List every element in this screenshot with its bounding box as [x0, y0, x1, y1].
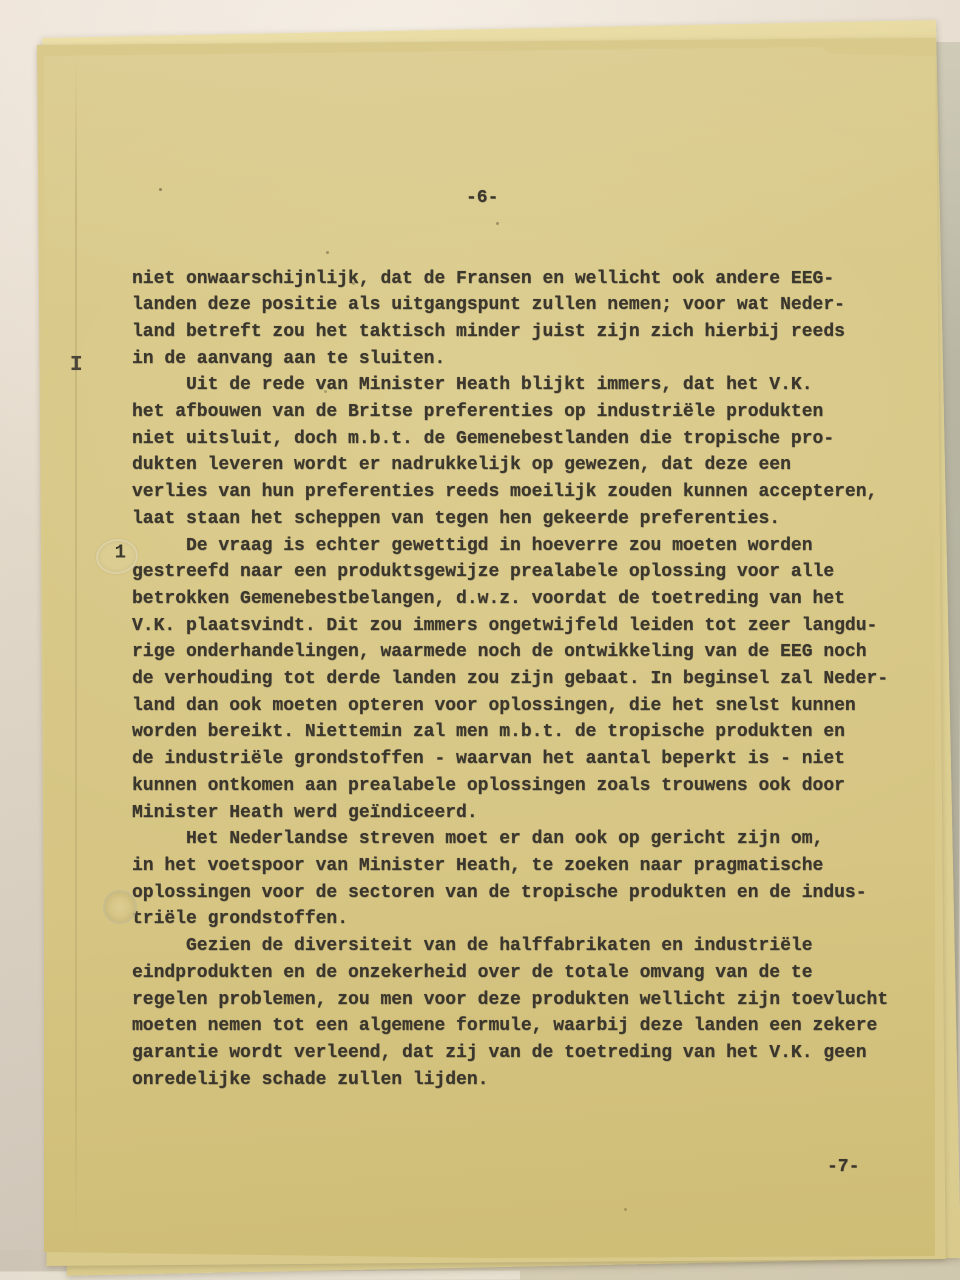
typed-line: gestreefd naar een produktsgewijze preal…	[132, 559, 935, 586]
typed-line: niet onwaarschijnlijk, dat de Fransen en…	[132, 266, 935, 293]
typed-line: land betreft zou het taktisch minder jui…	[132, 319, 935, 346]
typed-line: eindprodukten en de onzekerheid over de …	[132, 960, 935, 987]
typed-line: landen deze positie als uitgangspunt zul…	[132, 292, 935, 319]
margin-numeral-one: 1	[115, 544, 126, 563]
typed-line: de industriële grondstoffen - waarvan he…	[132, 746, 935, 773]
typed-line: laat staan het scheppen van tegen hen ge…	[132, 506, 935, 533]
typed-line: de verhouding tot derde landen zou zijn …	[132, 666, 935, 693]
typed-line: worden bereikt. Niettemin zal men m.b.t.…	[132, 719, 935, 746]
typed-lines: niet onwaarschijnlijk, dat de Fransen en…	[132, 266, 935, 1094]
typed-line: De vraag is echter gewettigd in hoeverre…	[132, 533, 935, 560]
typed-line: V.K. plaatsvindt. Dit zou immers ongetwi…	[132, 613, 935, 640]
typed-line: verlies van hun preferenties reeds moeil…	[132, 479, 935, 506]
typed-line: kunnen ontkomen aan prealabele oplossing…	[132, 773, 935, 800]
typed-line: in het voetspoor van Minister Heath, te …	[132, 853, 935, 880]
typed-text-block: -6- niet onwaarschijnlijk, dat de Franse…	[44, 46, 935, 1234]
typed-line: het afbouwen van de Britse preferenties …	[132, 399, 935, 426]
typed-line: regelen problemen, zou men voor deze pro…	[132, 987, 935, 1014]
typed-line: in de aanvang aan te sluiten.	[132, 346, 935, 373]
photo-backdrop: -6- niet onwaarschijnlijk, dat de Franse…	[0, 0, 960, 1280]
typed-line: triële grondstoffen.	[132, 906, 935, 933]
typed-line: land dan ook moeten opteren voor oplossi…	[132, 693, 935, 720]
page-number-top: -6-	[132, 185, 935, 212]
typed-line: Het Nederlandse streven moet er dan ook …	[132, 826, 935, 853]
typed-line: rige onderhandelingen, waarmede noch de …	[132, 639, 935, 666]
typed-line: dukten leveren wordt er nadrukkelijk op …	[132, 452, 935, 479]
typed-line: betrokken Gemenebestbelangen, d.w.z. voo…	[132, 586, 935, 613]
document-page: -6- niet onwaarschijnlijk, dat de Franse…	[44, 46, 935, 1258]
typed-line: garantie wordt verleend, dat zij van de …	[132, 1040, 935, 1067]
page-number-bottom: -7-	[132, 1154, 935, 1181]
typed-line: Gezien de diversiteit van de halffabrika…	[132, 933, 935, 960]
typed-line: oplossingen voor de sectoren van de trop…	[132, 880, 935, 907]
typed-line: onredelijke schade zullen lijden.	[132, 1067, 935, 1094]
typed-line: Uit de rede van Minister Heath blijkt im…	[132, 372, 935, 399]
typed-line: moeten nemen tot een algemene formule, w…	[132, 1013, 935, 1040]
typed-line: Minister Heath werd geïndiceerd.	[132, 800, 935, 827]
typed-line: niet uitsluit, doch m.b.t. de Gemenebest…	[132, 426, 935, 453]
margin-roman-numeral: I	[70, 355, 83, 376]
